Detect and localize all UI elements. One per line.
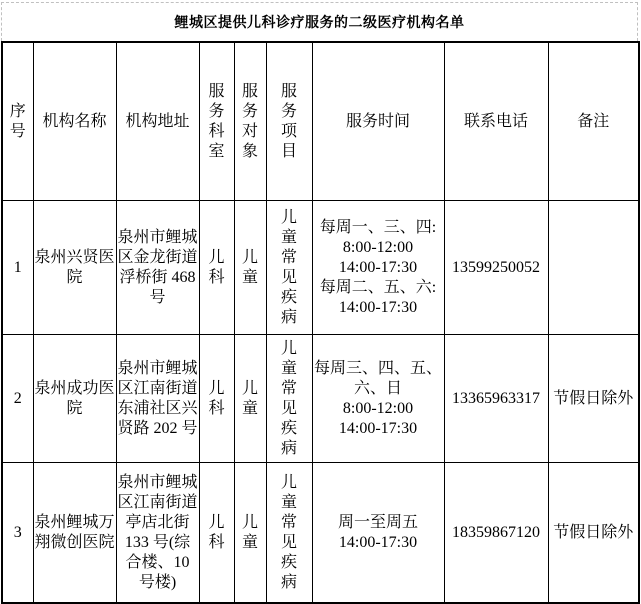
cell-department: 儿科 [199,335,234,463]
cell-hours: 每周一、三、四: 8:00-12:00 14:00-17:30 每周二、五、六:… [312,201,444,335]
cell-phone: 18359867120 [444,463,548,604]
institutions-table: 序号 机构名称 机构地址 服务科室 服务对象 服务项目 服务时间 联系电话 备注… [1,41,640,604]
document-page: 鲤城区提供儿科诊疗服务的二级医疗机构名单 序号 机构名称 机构地址 服务科室 服… [0,0,641,604]
cell-index: 2 [2,335,33,463]
table-row-1: 1 泉州兴贤医院 泉州市鲤城区金龙街道浮桥街 468 号 儿科 儿童 儿童常见疾… [2,201,639,335]
cell-phone: 13599250052 [444,201,548,335]
cell-department: 儿科 [199,201,234,335]
cell-index: 3 [2,463,33,604]
cell-institution-name: 泉州鲤城万翔微创医院 [33,463,116,604]
col-header-hours: 服务时间 [312,42,444,201]
table-row-2: 2 泉州成功医院 泉州市鲤城区江南街道东浦社区兴贤路 202 号 儿科 儿童 儿… [2,335,639,463]
table-title: 鲤城区提供儿科诊疗服务的二级医疗机构名单 [1,2,638,41]
cell-address: 泉州市鲤城区江南街道亭店北街 133 号(综合楼、10 号楼) [116,463,199,604]
cell-note: 节假日除外 [548,335,639,463]
cell-note [548,201,639,335]
col-header-target: 服务对象 [234,42,266,201]
table-row-3: 3 泉州鲤城万翔微创医院 泉州市鲤城区江南街道亭店北街 133 号(综合楼、10… [2,463,639,604]
col-header-service: 服务项目 [266,42,312,201]
cell-address: 泉州市鲤城区江南街道东浦社区兴贤路 202 号 [116,335,199,463]
col-header-address: 机构地址 [116,42,199,201]
cell-department: 儿科 [199,463,234,604]
cell-hours: 周一至周五 14:00-17:30 [312,463,444,604]
col-header-note: 备注 [548,42,639,201]
cell-target: 儿童 [234,201,266,335]
col-header-department: 服务科室 [199,42,234,201]
cell-institution-name: 泉州兴贤医院 [33,201,116,335]
col-header-name: 机构名称 [33,42,116,201]
cell-target: 儿童 [234,463,266,604]
cell-hours: 每周三、四、五、 六、日 8:00-12:00 14:00-17:30 [312,335,444,463]
col-header-index: 序号 [2,42,33,201]
cell-service: 儿童常见疾病 [266,335,312,463]
col-header-phone: 联系电话 [444,42,548,201]
cell-phone: 13365963317 [444,335,548,463]
cell-address: 泉州市鲤城区金龙街道浮桥街 468 号 [116,201,199,335]
cell-index: 1 [2,201,33,335]
cell-institution-name: 泉州成功医院 [33,335,116,463]
header-row: 序号 机构名称 机构地址 服务科室 服务对象 服务项目 服务时间 联系电话 备注 [2,42,639,201]
cell-target: 儿童 [234,335,266,463]
cell-note: 节假日除外 [548,463,639,604]
cell-service: 儿童常见疾病 [266,463,312,604]
cell-service: 儿童常见疾病 [266,201,312,335]
